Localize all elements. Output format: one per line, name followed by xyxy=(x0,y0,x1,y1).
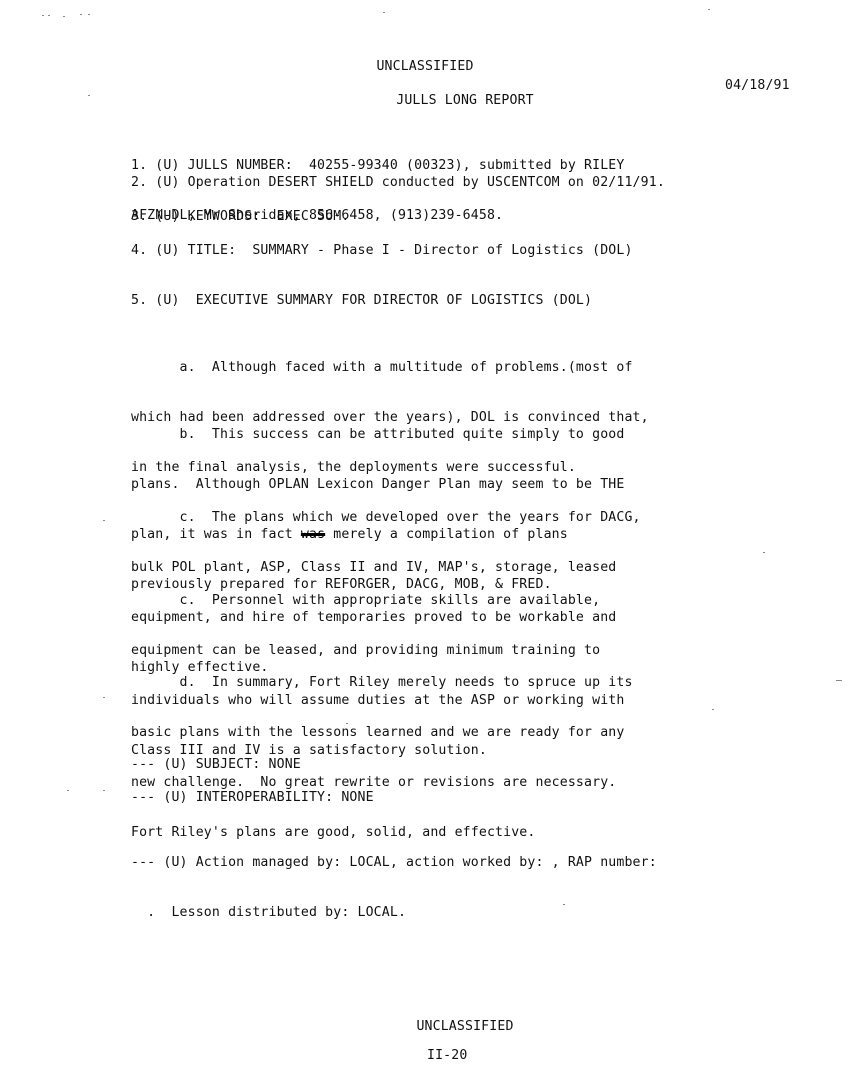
scan-speck xyxy=(712,709,714,710)
paragraph-c-line: c. Personnel with appropriate skills are… xyxy=(131,593,624,610)
page-number: II-20 xyxy=(427,1048,467,1063)
scan-speck xyxy=(103,520,105,521)
item-executive-summary-heading: 5. (U) EXECUTIVE SUMMARY FOR DIRECTOR OF… xyxy=(131,293,592,308)
scan-speck xyxy=(383,12,385,13)
scan-speck xyxy=(67,790,69,791)
item-julls-number-line1: 1. (U) JULLS NUMBER: 40255-99340 (00323)… xyxy=(131,158,624,175)
interoperability-field: --- (U) INTEROPERABILITY: NONE xyxy=(131,790,374,805)
paragraph-d-line: d. In summary, Fort Riley merely needs t… xyxy=(131,675,633,692)
item-keywords: 3. (U) KEYWORDS: EXEC SUM. xyxy=(131,209,349,224)
paragraph-d-line: basic plans with the lessons learned and… xyxy=(131,725,633,742)
action-field-line1: --- (U) Action managed by: LOCAL, action… xyxy=(131,855,657,872)
paragraph-b-line: b. This success can be attributed quite … xyxy=(131,427,624,444)
item-operation: 2. (U) Operation DESERT SHIELD conducted… xyxy=(131,175,665,190)
item-title: 4. (U) TITLE: SUMMARY - Phase I - Direct… xyxy=(131,243,633,258)
report-title: JULLS LONG REPORT xyxy=(40,93,850,108)
subject-field: --- (U) SUBJECT: NONE xyxy=(131,757,301,772)
scan-speck xyxy=(80,14,82,15)
paragraph-d-line: new challenge. No great rewrite or revis… xyxy=(131,775,633,792)
scan-speck xyxy=(708,9,710,10)
classification-footer: UNCLASSIFIED xyxy=(40,1019,850,1034)
scan-speck xyxy=(763,552,765,553)
scan-speck xyxy=(63,16,65,17)
action-field: --- (U) Action managed by: LOCAL, action… xyxy=(131,822,657,938)
report-date: 04/18/91 xyxy=(725,78,790,93)
scan-speck xyxy=(88,14,90,15)
paragraph-c-line: c. The plans which we developed over the… xyxy=(131,510,641,527)
scan-speck xyxy=(836,680,842,681)
classification-header: UNCLASSIFIED xyxy=(0,59,850,74)
scan-speck xyxy=(103,697,105,698)
action-field-line2: . Lesson distributed by: LOCAL. xyxy=(131,905,657,922)
scan-speck xyxy=(48,15,50,16)
paragraph-a-line: a. Although faced with a multitude of pr… xyxy=(131,360,649,377)
scan-speck xyxy=(103,790,105,791)
scan-speck xyxy=(42,15,44,16)
